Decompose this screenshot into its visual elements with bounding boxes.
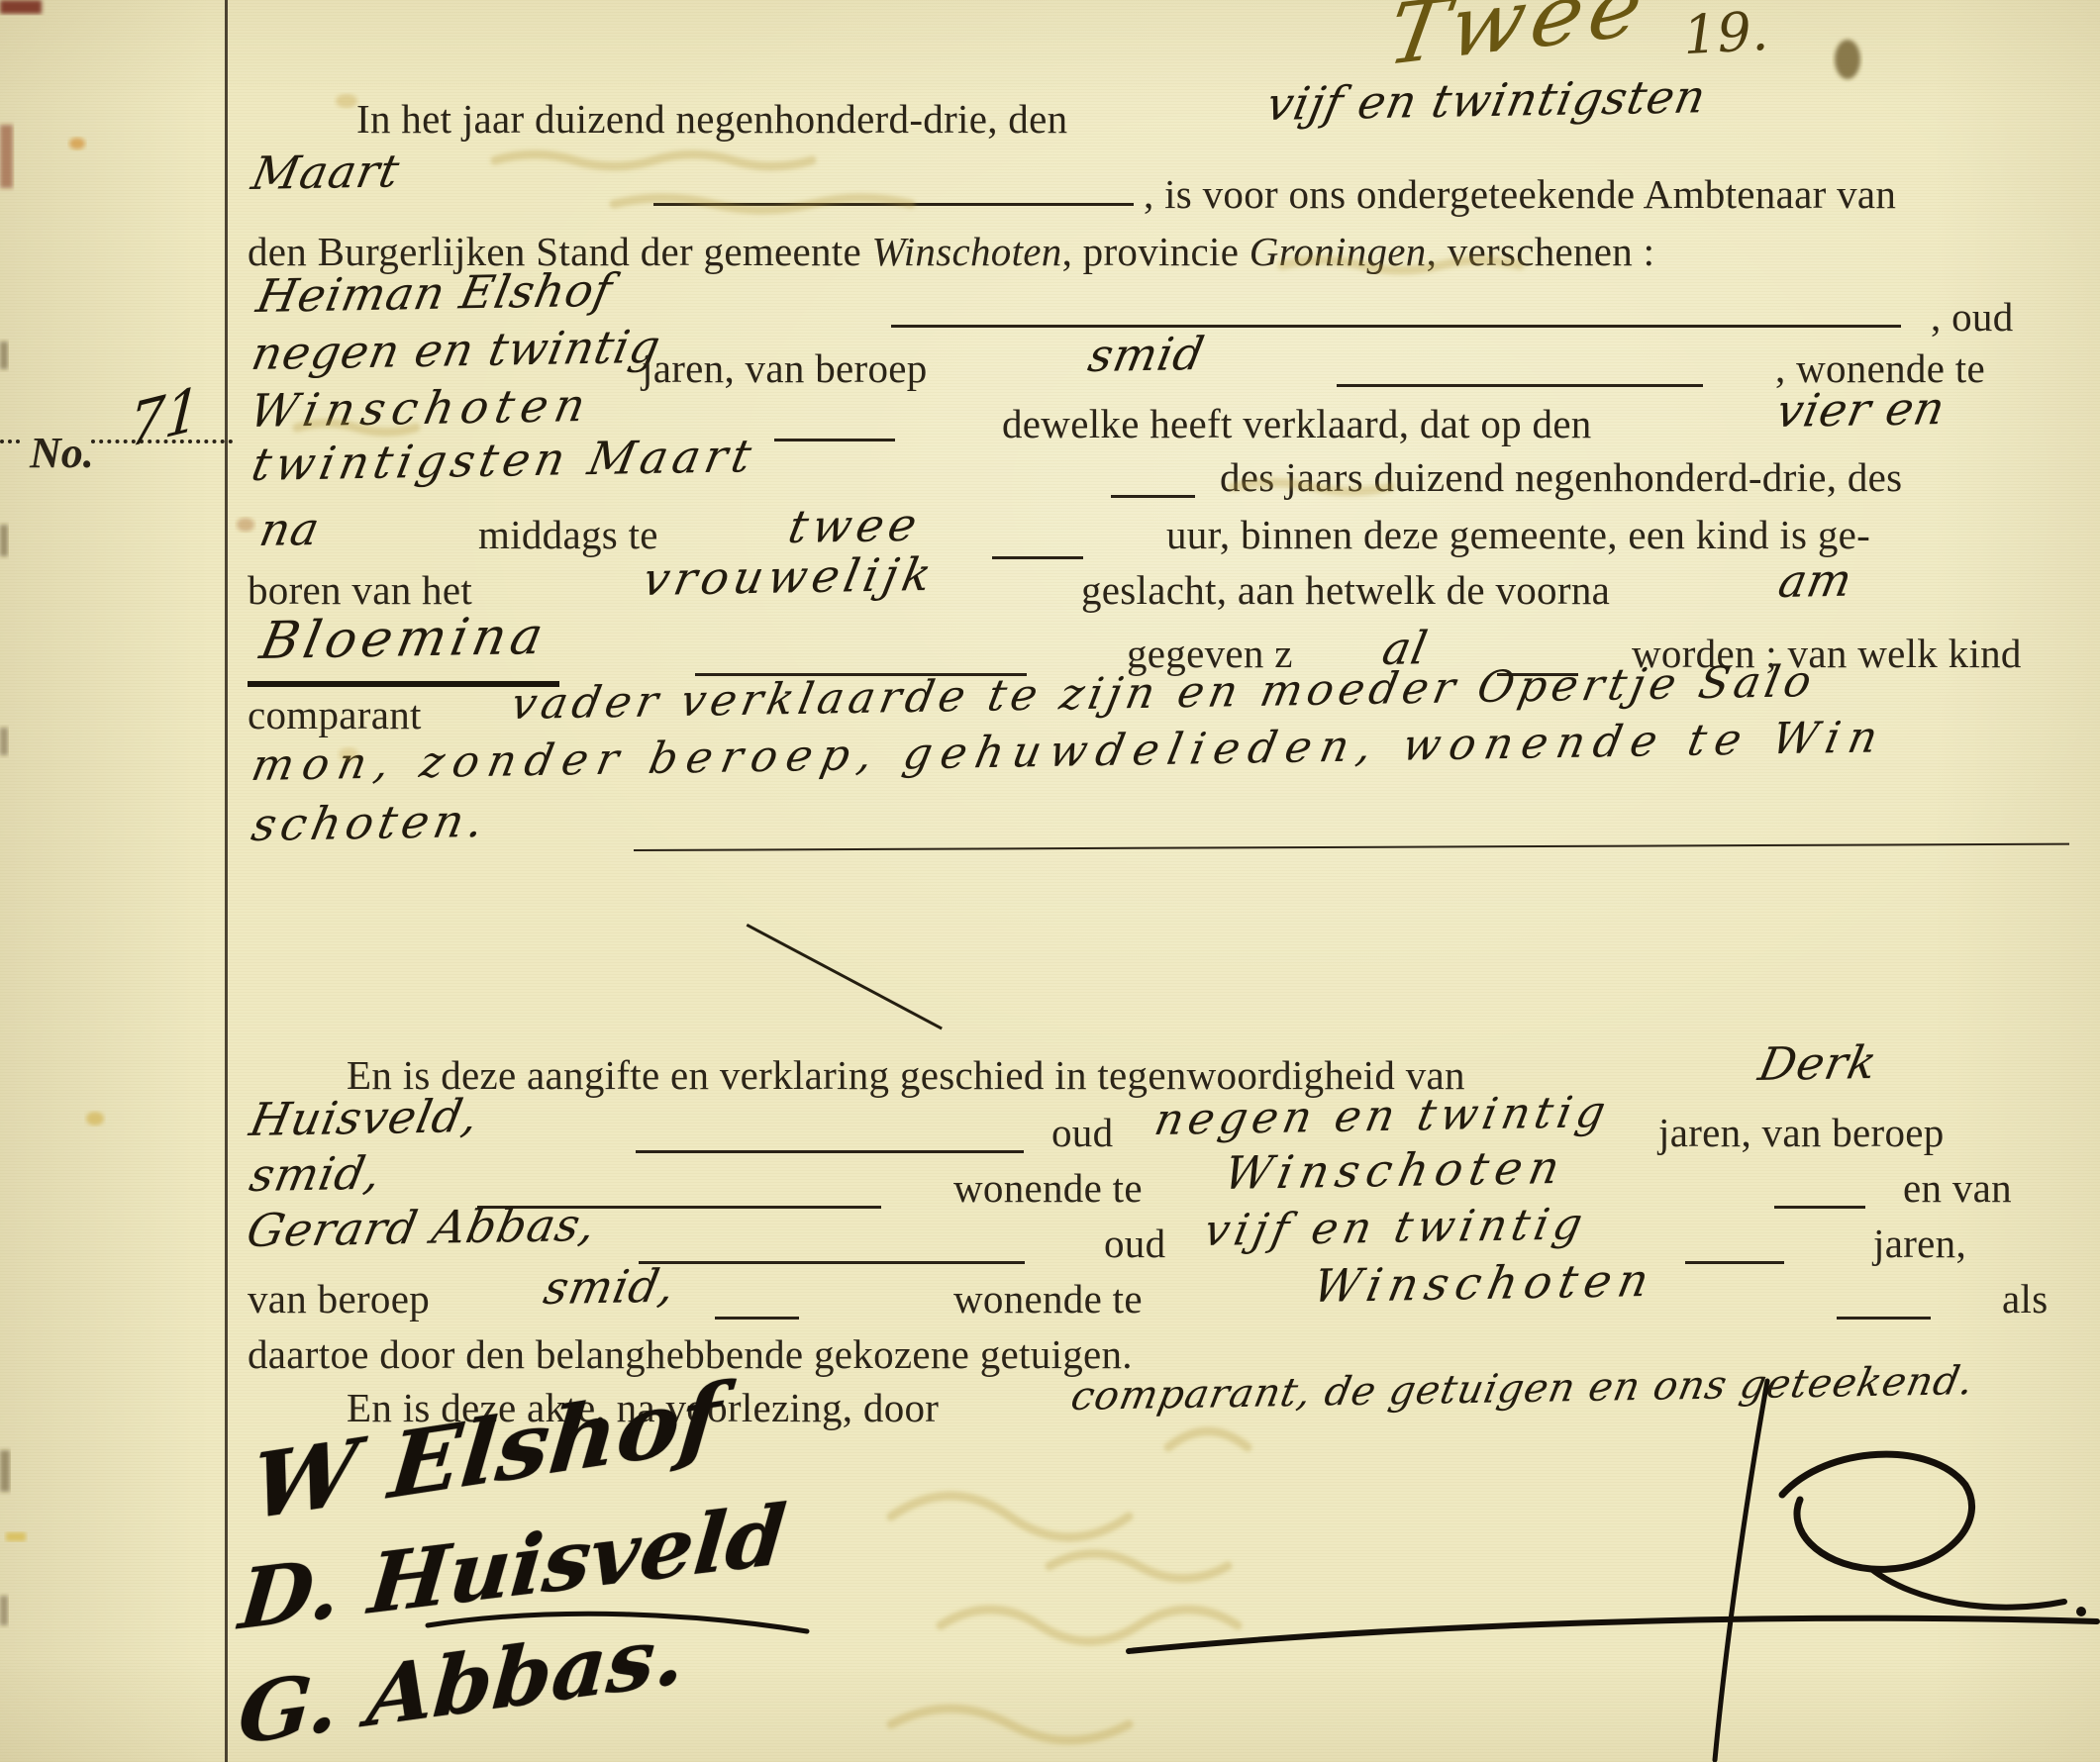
- registrar-signature: [1089, 1376, 2100, 1762]
- line9-printed-a: boren van het: [248, 566, 472, 614]
- line18-printed-a: van beroep: [248, 1275, 430, 1322]
- margin-vertical-rule: [225, 0, 228, 1762]
- fill-line: [891, 325, 1901, 328]
- child-name: Bloemina: [255, 607, 552, 671]
- line5-printed-a: jaren, van beroep: [642, 344, 928, 392]
- folio-number-text: 19.: [1681, 0, 1769, 66]
- witness2-occupation: smid,: [540, 1259, 680, 1315]
- folio-number: 19.: [1683, 2, 1768, 64]
- declarant-residence: Winschoten: [246, 378, 597, 438]
- line15-printed-a: oud: [1051, 1109, 1113, 1156]
- witness1-occupation: smid,: [246, 1146, 386, 1202]
- line2-printed: , is voor ons ondergeteekende Ambtenaar …: [1144, 170, 1896, 218]
- birth-record-page: Twee 19. No. 71 In het jaar duizend nege…: [0, 0, 2100, 1762]
- birth-day-part2: twintigsten Maart: [248, 429, 760, 491]
- closing-fill-line: [634, 843, 2069, 851]
- fill-line: [639, 1261, 1025, 1264]
- witness2-name: Gerard Abbas,: [243, 1198, 601, 1257]
- declarant-age: negen en twintig: [248, 320, 665, 380]
- fill-line: [715, 1317, 799, 1320]
- time-of-day-qualifier: na: [255, 502, 325, 556]
- line1-handwritten-date: vijf en twintigsten: [1262, 69, 1711, 131]
- fill-line: [653, 203, 1134, 206]
- line17-printed-a: oud: [1104, 1220, 1165, 1267]
- line9-printed-b: geslacht, aan hetwelk de voorna: [1081, 566, 1610, 614]
- fill-line: [774, 439, 895, 441]
- fill-line: [1837, 1317, 1931, 1320]
- line20-handwritten: comparant, de getuigen en ons geteekend.: [1067, 1358, 1978, 1419]
- birth-hour: twee: [784, 498, 926, 553]
- line17-printed-b: jaren,: [1873, 1220, 1966, 1267]
- line4-printed: , oud: [1931, 293, 2014, 341]
- line1-printed: In het jaar duizend negenhonderd-drie, d…: [356, 95, 1067, 143]
- declarant-name: Heiman Elshof: [252, 263, 617, 323]
- fill-line: [1337, 384, 1703, 387]
- witness1-residence: Winschoten: [1220, 1140, 1571, 1200]
- municipality-name: Winschoten: [872, 229, 1062, 274]
- act-number-label: No.: [30, 428, 94, 478]
- province-name: Groningen: [1250, 229, 1427, 274]
- line8-printed-b: uur, binnen deze gemeente, een kind is g…: [1166, 511, 1870, 558]
- line6-printed: dewelke heeft verklaard, dat op den: [1002, 400, 1592, 447]
- child-sex: vrouwelijk: [639, 547, 941, 606]
- fill-line: [1774, 1206, 1865, 1209]
- fill-line: [636, 1150, 1024, 1153]
- witness1-surname: Huisveld,: [246, 1089, 483, 1146]
- line11-printed: comparant: [248, 691, 422, 738]
- witness2-residence: Winschoten: [1309, 1253, 1660, 1313]
- line18-printed-c: als: [2002, 1275, 2048, 1322]
- witness1-age: negen en twintig: [1150, 1087, 1615, 1145]
- line8-printed-a: middags te: [478, 511, 658, 558]
- line18-printed-b: wonende te: [953, 1275, 1143, 1322]
- line9-handwritten-b: am: [1774, 553, 1857, 608]
- line15-printed-b: jaren, van beroep: [1658, 1109, 1945, 1156]
- witness1-firstname: Derk: [1754, 1035, 1882, 1091]
- line16-printed-a: wonende te: [953, 1164, 1143, 1212]
- act-number-value: 71: [127, 394, 200, 461]
- witness2-age: vijf en twintig: [1200, 1199, 1591, 1256]
- fill-line: [992, 556, 1083, 559]
- act-number-dotted-line-edge: [0, 440, 20, 443]
- blank-space-cancellation-stroke: [747, 924, 943, 1029]
- declarant-occupation: smid: [1084, 327, 1209, 382]
- fill-line: [1111, 495, 1195, 498]
- birth-day-part1: vier en: [1772, 381, 1950, 438]
- fill-line: [1685, 1261, 1784, 1264]
- line2-handwritten-month: Maart: [248, 144, 404, 200]
- parents-declaration-3: schoten.: [248, 794, 493, 851]
- line7-printed: des jaars duizend negenhonderd-drie, des: [1220, 453, 1902, 501]
- line16-printed-b: en van: [1903, 1164, 2012, 1212]
